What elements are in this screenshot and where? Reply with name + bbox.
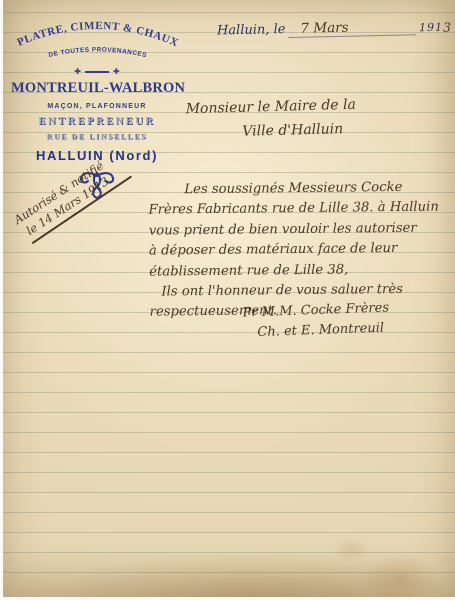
arc-line-text: PLATRE, CIMENT & CHAUX	[16, 20, 181, 50]
letter-body: Les soussignés Messieurs Cocke Frères Fa…	[148, 177, 451, 323]
company-street: RUE DE LINSELLES	[11, 132, 183, 141]
svg-text:PLATRE, CIMENT & CHAUX: PLATRE, CIMENT & CHAUX	[16, 20, 181, 50]
cross-icon: ✚	[113, 68, 120, 76]
recipient-line-1: Monsieur le Maire de la	[186, 97, 357, 117]
date-rule-line: 7 Mars	[288, 18, 416, 38]
printed-place-label: Halluin, le	[217, 22, 286, 39]
letterhead-arched-text: PLATRE, CIMENT & CHAUX DE TOUTES PROVENA…	[11, 18, 183, 62]
arc-subline-text: DE TOUTES PROVENANCES	[48, 46, 148, 59]
cross-divider-ornament: ✚ ✚	[11, 68, 183, 76]
dateline: Halluin, le 7 Mars 191 3	[217, 18, 451, 40]
company-name: MONTREUIL-WALBRON	[11, 80, 183, 97]
scanned-letter: PLATRE, CIMENT & CHAUX DE TOUTES PROVENA…	[0, 0, 455, 600]
company-title: ENTREPRENEUR	[11, 116, 183, 127]
recipient-address: Monsieur le Maire de la Ville d'Halluin	[186, 97, 357, 141]
letter-paper: PLATRE, CIMENT & CHAUX DE TOUTES PROVENA…	[3, 0, 455, 597]
handwritten-date: 7 Mars	[288, 20, 348, 37]
signature-block: Pr M.M. Cocke Frères Ch. et E. Montreuil	[242, 300, 390, 340]
divider-line	[85, 71, 109, 73]
body-line: Frères Fabricants rue de Lille 38. à Hal…	[148, 198, 450, 222]
signature-line-2: Ch. et E. Montreuil	[243, 320, 390, 340]
recipient-line-2: Ville d'Halluin	[186, 121, 357, 141]
handwritten-year-digit: 3	[443, 20, 451, 35]
cross-icon: ✚	[74, 68, 81, 76]
body-line: vous prient de bien vouloir les autorise…	[149, 218, 451, 242]
svg-text:DE TOUTES PROVENANCES: DE TOUTES PROVENANCES	[48, 46, 148, 59]
company-trades: MAÇON, PLAFONNEUR	[11, 103, 183, 110]
printed-year-prefix: 191	[419, 21, 443, 35]
